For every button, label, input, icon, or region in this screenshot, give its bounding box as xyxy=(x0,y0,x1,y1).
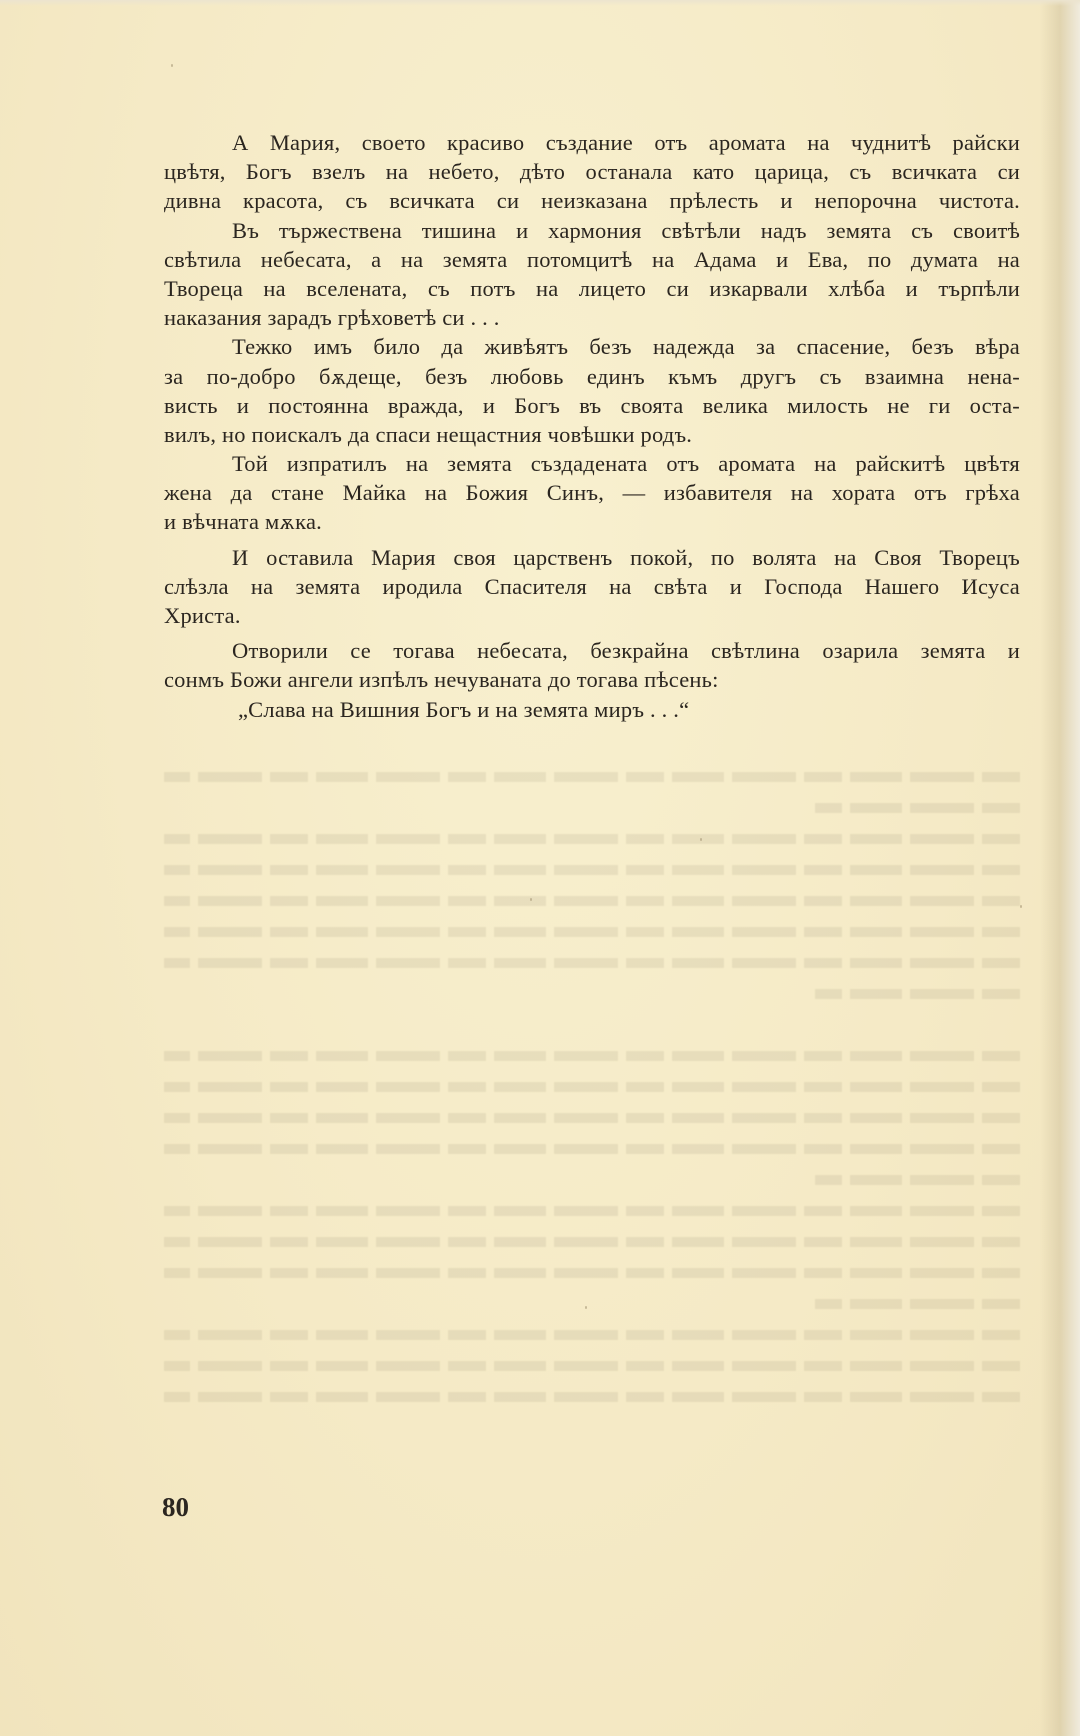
text-line: дивна красота, съ всичката си неизказана… xyxy=(164,186,1020,215)
text-line: Той изпратилъ на земята създадената отъ … xyxy=(164,449,1020,478)
text-line: сонмъ Божи ангели изпѣлъ нечуваната до т… xyxy=(164,665,1020,694)
body-text: А Мария, своето красиво създание отъ аро… xyxy=(164,128,1020,724)
paragraph-5: И оставила Мария своя царственъ покой, п… xyxy=(164,543,1020,631)
text-line: Твореца на вселената, съ потъ на лицето … xyxy=(164,274,1020,303)
scan-speck xyxy=(585,1306,587,1309)
text-line: вилъ, но поискалъ да спаси нещастния чов… xyxy=(164,420,1020,449)
text-line: Тежко имъ било да живѣятъ безъ надежда з… xyxy=(164,332,1020,361)
paragraph-4: Той изпратилъ на земята създадената отъ … xyxy=(164,449,1020,537)
book-page: А Мария, своето красиво създание отъ аро… xyxy=(0,0,1080,1736)
text-line: цвѣтя, Богъ взелъ на небето, дѣто остана… xyxy=(164,157,1020,186)
paragraph-1: А Мария, своето красиво създание отъ аро… xyxy=(164,128,1020,216)
paragraph-2: Въ тържествена тишина и хармония свѣтѣли… xyxy=(164,216,1020,333)
text-line: Отворили се тогава небесата, безкрайна с… xyxy=(164,636,1020,665)
scan-speck xyxy=(530,898,532,901)
text-line: Христа. xyxy=(164,601,1020,630)
text-line: за по-добро бѫдеще, безъ любовь единъ къ… xyxy=(164,362,1020,391)
paragraph-3: Тежко имъ било да живѣятъ безъ надежда з… xyxy=(164,332,1020,449)
quote-line: „Слава на Вишния Богъ и на земята миръ .… xyxy=(164,695,1020,724)
scan-speck xyxy=(1020,905,1022,908)
paragraph-6: Отворили се тогава небесата, безкрайна с… xyxy=(164,636,1020,694)
text-line: жена да стане Майка на Божия Синъ, — изб… xyxy=(164,478,1020,507)
text-line: наказания зарадъ грѣховетѣ си . . . xyxy=(164,303,1020,332)
text-line: А Мария, своето красиво създание отъ аро… xyxy=(164,128,1020,157)
text-line: Въ тържествена тишина и хармония свѣтѣли… xyxy=(164,216,1020,245)
text-line: и вѣчната мѫка. xyxy=(164,507,1020,536)
text-line: свѣтила небесата, а на земята потомцитѣ … xyxy=(164,245,1020,274)
scan-speck xyxy=(171,64,173,67)
text-line: И оставила Мария своя царственъ покой, п… xyxy=(164,543,1020,572)
scan-top-edge xyxy=(0,0,1080,6)
page-number: 80 xyxy=(162,1492,189,1523)
bleed-through-text xyxy=(164,760,1020,1420)
quotation: „Слава на Вишния Богъ и на земята миръ .… xyxy=(164,695,1020,724)
text-line: слѣзла на земята иродила Спасителя на св… xyxy=(164,572,1020,601)
scan-speck xyxy=(700,838,702,841)
text-line: висть и постоянна вражда, и Богъ въ своя… xyxy=(164,391,1020,420)
